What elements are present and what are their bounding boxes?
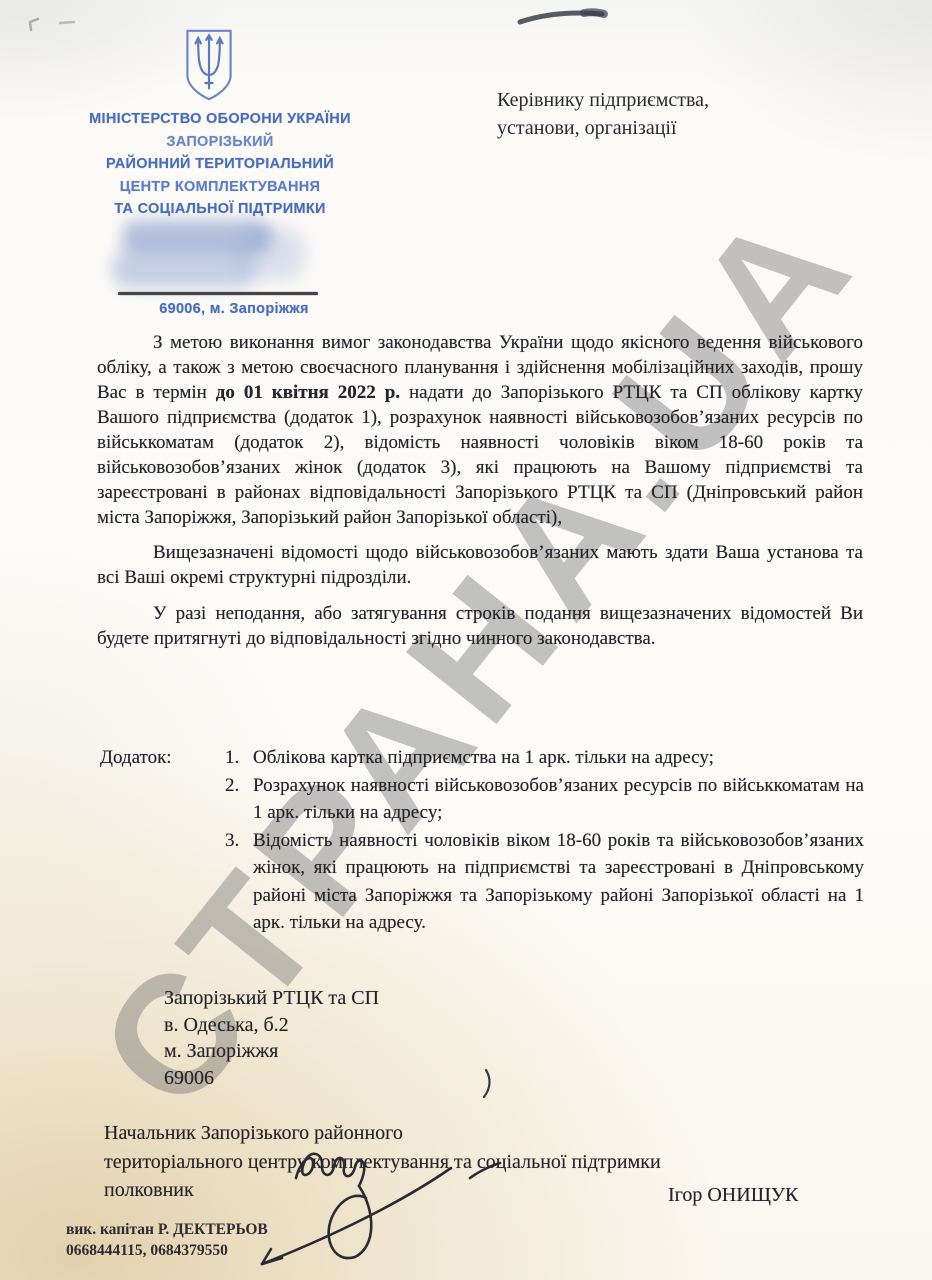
addressee-line: установи, організації xyxy=(497,114,709,142)
corner-scan-marks xyxy=(26,14,96,38)
stray-ink-mark xyxy=(480,1068,496,1100)
trident-emblem-icon xyxy=(182,26,236,104)
stamp-line: ТА СОЦІАЛЬНОЇ ПІДТРИМКИ xyxy=(84,198,356,221)
scanned-letter-page: СТРАНА.UA МІНІСТЕРСТВО ОБОРОНИ УКРАЇНИ З… xyxy=(0,0,932,1280)
sender-address-block: Запорізький РТЦК та СП в. Одеська, б.2 м… xyxy=(164,985,379,1091)
attachment-item: 1. Облікова картка підприємства на 1 арк… xyxy=(225,744,864,772)
attachment-text: Розрахунок наявності військовозобов’язан… xyxy=(253,772,864,827)
attachment-item: 2. Розрахунок наявності військовозобов’я… xyxy=(225,772,864,827)
handwritten-signature xyxy=(238,1116,508,1280)
redacted-stamp-blur xyxy=(112,250,254,288)
paragraph-1-continued: надати до Запорізького РТЦК та СП обліко… xyxy=(97,382,863,528)
paragraph-1: З метою виконання вимог законодавства Ук… xyxy=(97,330,863,530)
stamp-underline xyxy=(118,292,318,295)
addressee-block: Керівнику підприємства, установи, органі… xyxy=(497,86,709,142)
stamp-line: РАЙОННИЙ ТЕРИТОРІАЛЬНИЙ xyxy=(84,153,356,176)
pen-mark-artifact xyxy=(514,5,610,31)
stamp-line: МІНІСТЕРСТВО ОБОРОНИ УКРАЇНИ xyxy=(84,108,356,131)
attachment-item: 3. Відомість наявності чоловіків віком 1… xyxy=(225,827,864,937)
stamp-line: ЦЕНТР КОМПЛЕКТУВАННЯ xyxy=(84,176,356,199)
attachment-number: 2. xyxy=(225,772,253,827)
letterhead-stamp: МІНІСТЕРСТВО ОБОРОНИ УКРАЇНИ ЗАПОРІЗЬКИЙ… xyxy=(84,108,356,221)
attachment-text: Відомість наявності чоловіків віком 18-6… xyxy=(253,827,864,937)
attachment-number: 3. xyxy=(225,827,253,937)
sender-address-line: Запорізький РТЦК та СП xyxy=(164,985,379,1012)
attachments-section: Додаток: 1. Облікова картка підприємства… xyxy=(100,744,864,937)
attachments-label: Додаток: xyxy=(100,744,225,937)
attachment-number: 1. xyxy=(225,744,253,772)
addressee-line: Керівнику підприємства, xyxy=(497,86,709,114)
paragraph-2: Вищезазначені відомості щодо військовозо… xyxy=(97,540,863,590)
stamp-line: ЗАПОРІЗЬКИЙ xyxy=(84,131,356,154)
sender-address-line: в. Одеська, б.2 xyxy=(164,1012,379,1039)
attachments-list: 1. Облікова картка підприємства на 1 арк… xyxy=(225,744,864,937)
attachment-text: Облікова картка підприємства на 1 арк. т… xyxy=(253,744,864,772)
sender-address-line: м. Запоріжжя xyxy=(164,1038,379,1065)
signer-name: Ігор ОНИЩУК xyxy=(668,1184,798,1207)
redacted-stamp-blur xyxy=(238,228,304,280)
letter-body: З метою виконання вимог законодавства Ук… xyxy=(97,330,863,651)
stamp-city-line: 69006, м. Запоріжжя xyxy=(84,301,384,317)
deadline-bold-text: до 01 квітня 2022 р. xyxy=(216,382,400,403)
sender-address-line: 69006 xyxy=(164,1065,379,1092)
paragraph-3: У разі неподання, або затягування строкі… xyxy=(97,601,863,651)
